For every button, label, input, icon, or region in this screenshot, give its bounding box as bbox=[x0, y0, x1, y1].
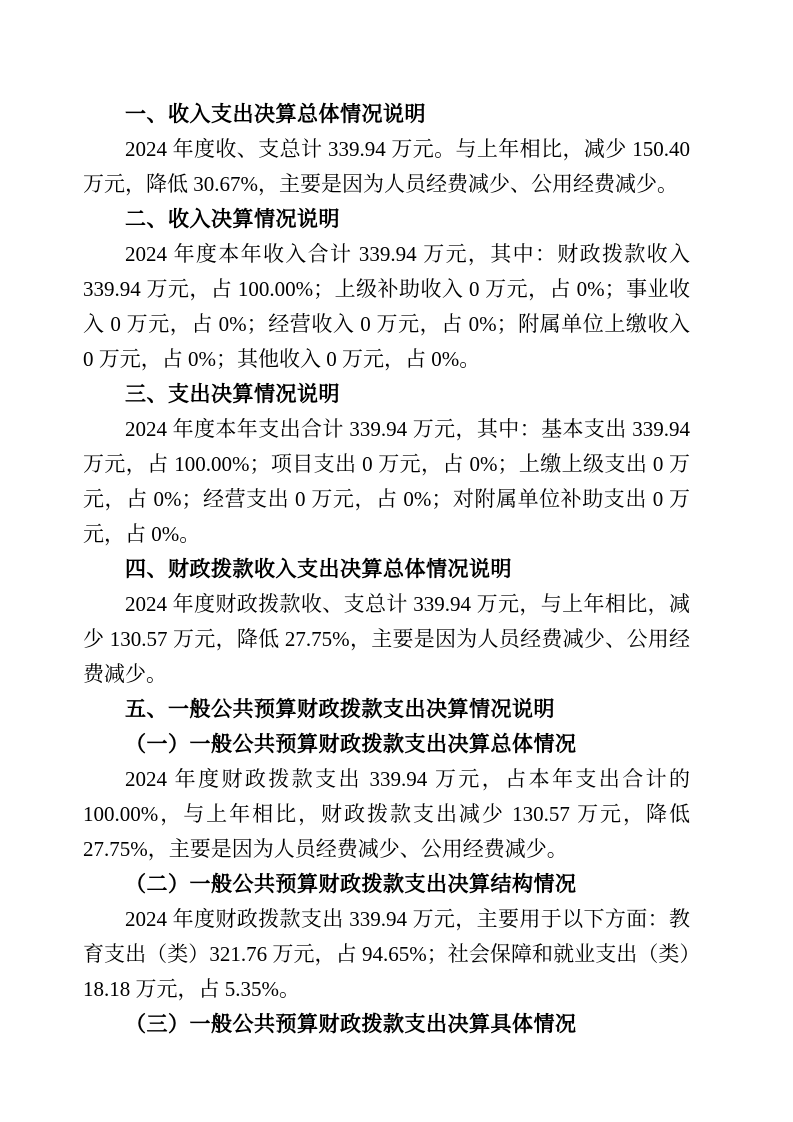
section-heading: 一、收入支出决算总体情况说明 bbox=[83, 97, 690, 132]
section-heading: 二、收入决算情况说明 bbox=[83, 202, 690, 237]
paragraph: 2024 年度财政拨款支出 339.94 万元，主要用于以下方面：教育支出（类）… bbox=[83, 902, 690, 1007]
section-heading: 三、支出决算情况说明 bbox=[83, 377, 690, 412]
paragraph: 2024 年度财政拨款收、支总计 339.94 万元，与上年相比，减少 130.… bbox=[83, 587, 690, 692]
document-page: 一、收入支出决算总体情况说明2024 年度收、支总计 339.94 万元。与上年… bbox=[0, 0, 793, 1122]
document-body: 一、收入支出决算总体情况说明2024 年度收、支总计 339.94 万元。与上年… bbox=[83, 97, 690, 1042]
paragraph: 2024 年度本年收入合计 339.94 万元，其中：财政拨款收入 339.94… bbox=[83, 237, 690, 377]
subsection-heading: （二）一般公共预算财政拨款支出决算结构情况 bbox=[83, 867, 690, 902]
paragraph: 2024 年度收、支总计 339.94 万元。与上年相比，减少 150.40 万… bbox=[83, 132, 690, 202]
section-heading: 五、一般公共预算财政拨款支出决算情况说明 bbox=[83, 692, 690, 727]
paragraph: 2024 年度本年支出合计 339.94 万元，其中：基本支出 339.94 万… bbox=[83, 412, 690, 552]
paragraph: 2024 年度财政拨款支出 339.94 万元，占本年支出合计的 100.00%… bbox=[83, 762, 690, 867]
subsection-heading: （三）一般公共预算财政拨款支出决算具体情况 bbox=[83, 1007, 690, 1042]
section-heading: 四、财政拨款收入支出决算总体情况说明 bbox=[83, 552, 690, 587]
subsection-heading: （一）一般公共预算财政拨款支出决算总体情况 bbox=[83, 727, 690, 762]
